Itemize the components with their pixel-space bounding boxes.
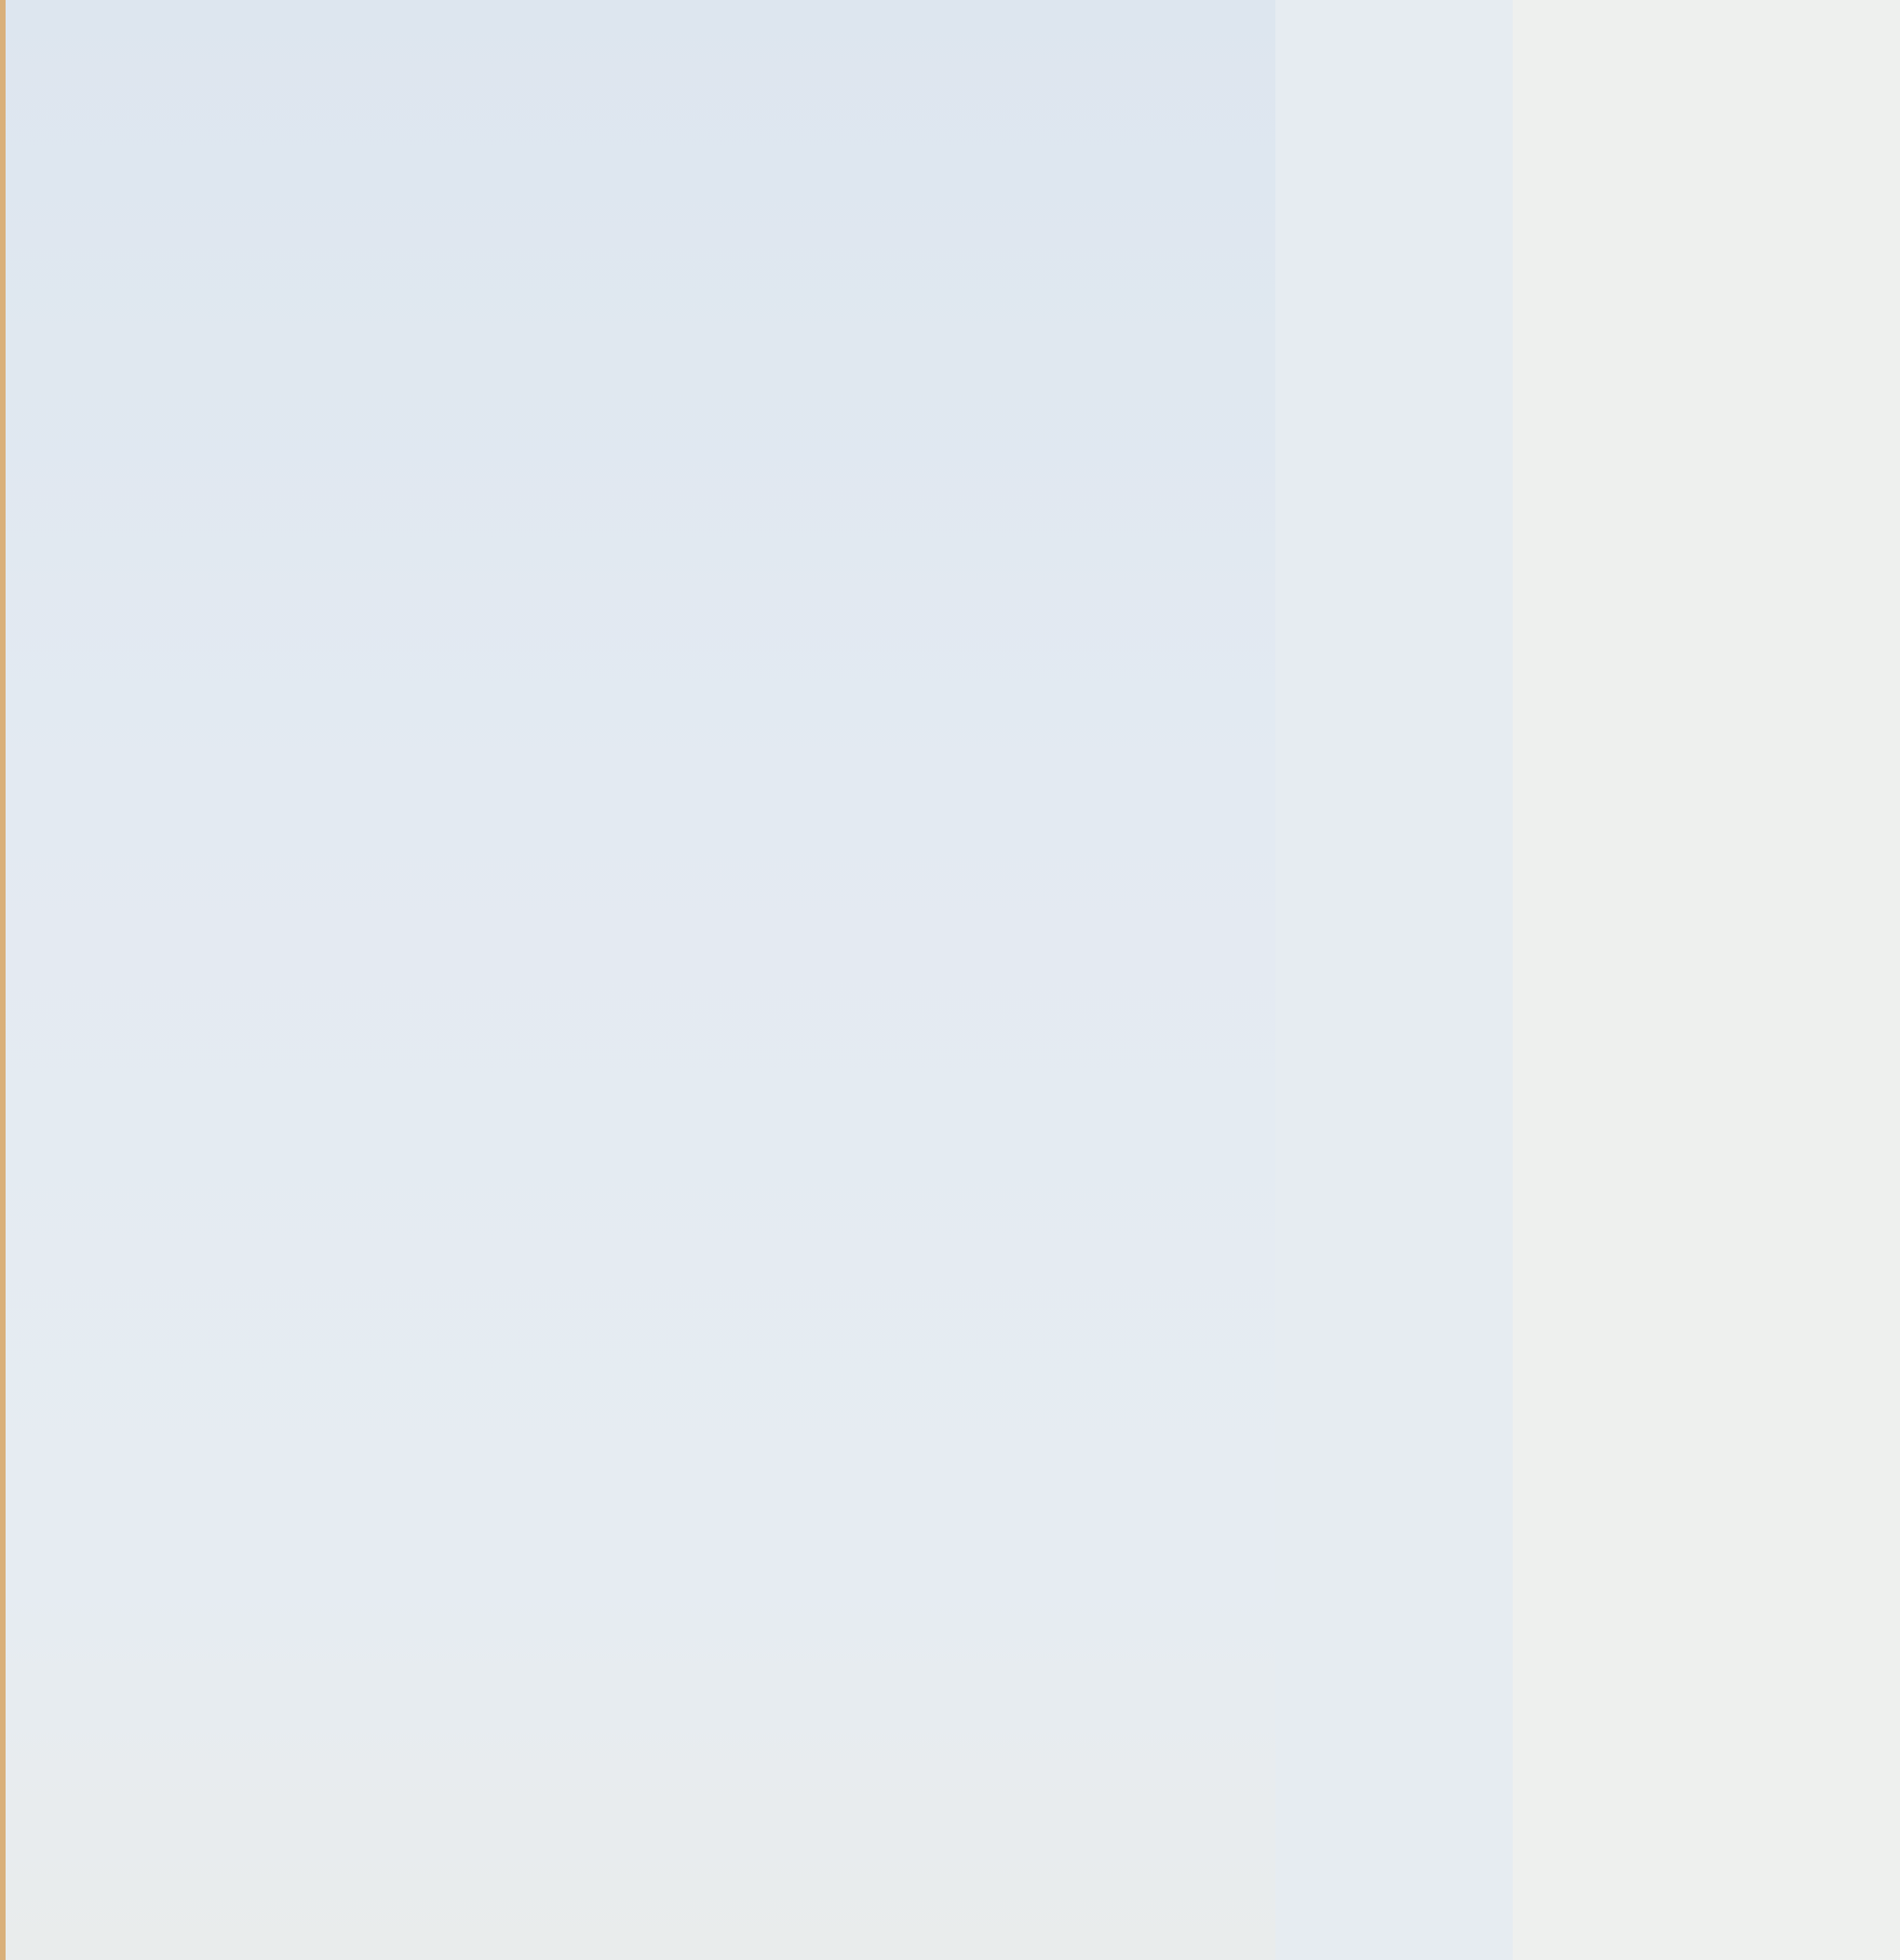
drawing-sheet [0,0,1900,1960]
petroglyph-tracing [0,0,1900,1960]
